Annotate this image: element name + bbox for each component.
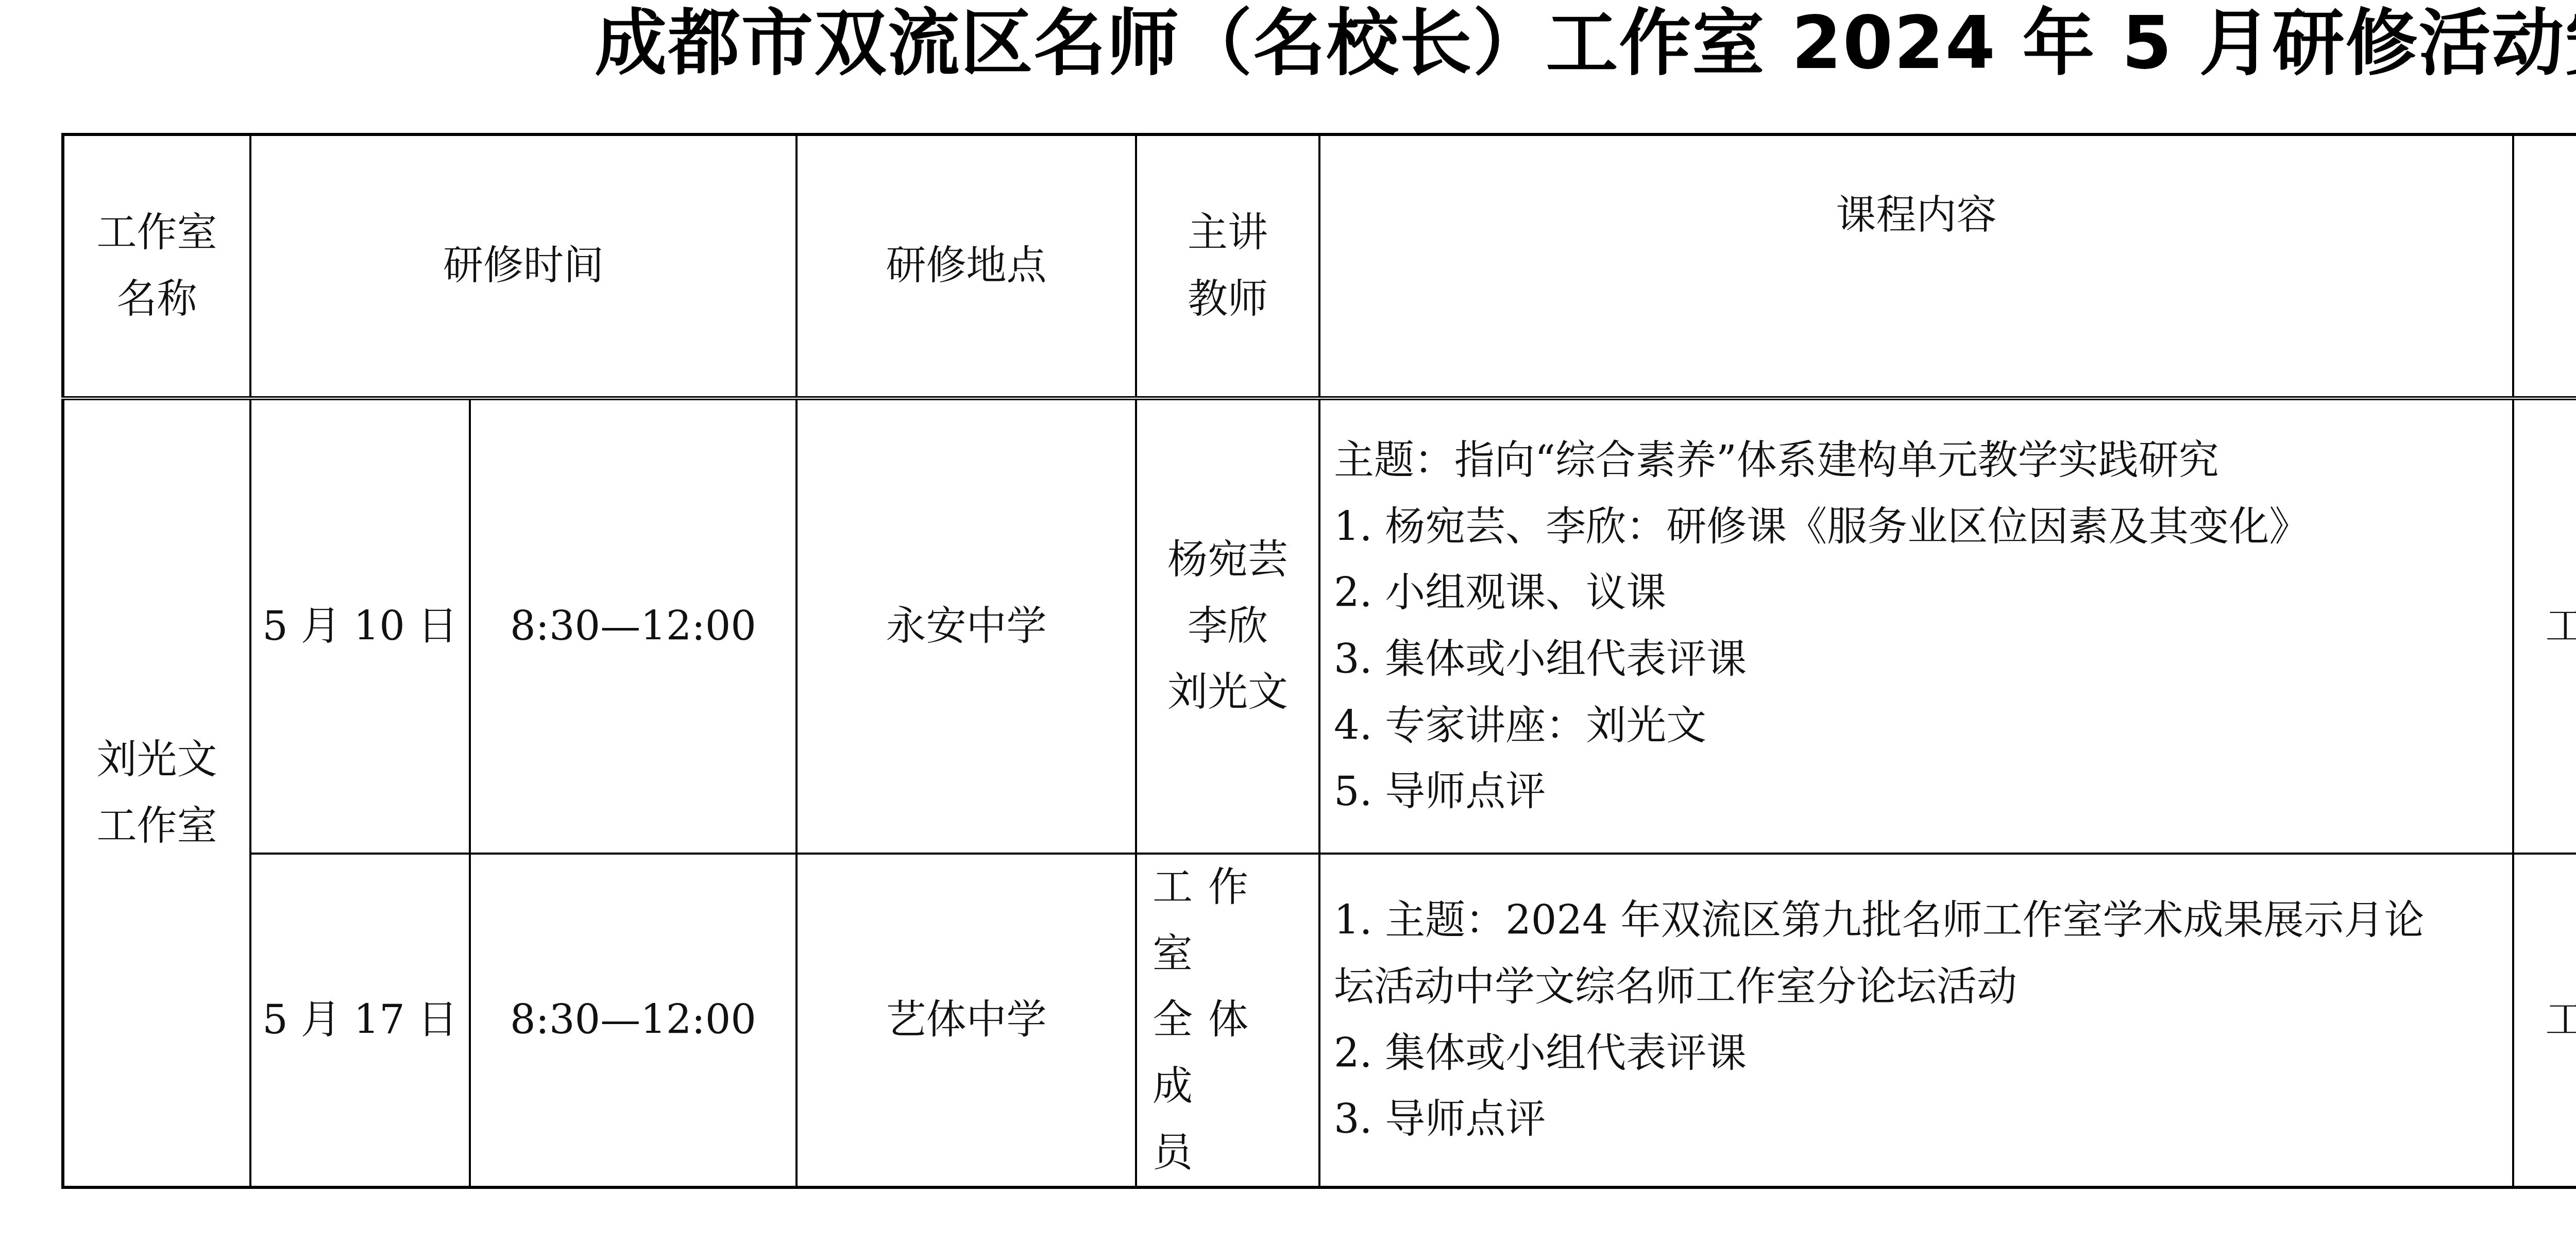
lecturer-name: 李欣 [1146,593,1309,660]
course-item: 2. 集体或小组代表评课 [1334,1020,2499,1087]
course-item: 4. 专家讲座：刘光文 [1334,693,2499,759]
studio-name-line2: 工作室 [74,793,240,860]
document-title: 成都市双流区名师（名校长）工作室 2024 年 5 月研修活动安排 [0,0,2576,103]
header-lecturer: 主讲 教师 [1136,134,1319,398]
time-cell: 8:30—12:00 [470,854,796,1187]
header-content: 课程内容 [1319,134,2513,398]
lecturer-name: 刘光文 [1146,659,1309,726]
lecturer-name: 杨宛芸 [1146,527,1309,593]
header-participants: 研修人员 [2513,134,2576,398]
header-studio-name: 工作室 名称 [63,134,250,398]
course-theme: 主题：指向“综合素养”体系建构单元教学实践研究 [1334,428,2499,494]
lecturer-name: 员 [1153,1120,1309,1186]
course-item: 1. 杨宛芸、李欣：研修课《服务业区位因素及其变化》 [1334,494,2499,560]
course-theme: 1. 主题：2024 年双流区第九批名师工作室学术成果展示月论 [1334,888,2499,954]
header-lecturer-line1: 主讲 [1146,200,1309,266]
header-location: 研修地点 [796,134,1136,398]
header-lecturer-line2: 教师 [1146,266,1309,333]
header-time: 研修时间 [250,134,796,398]
course-item: 2. 小组观课、议课 [1334,560,2499,626]
lecturer-name: 全体成 [1153,987,1309,1119]
activity-schedule-table: 工作室 名称 研修时间 研修地点 主讲 教师 课程内容 研修人员 活动其他分工 … [61,133,2576,1189]
header-studio-name-line2: 名称 [74,266,240,333]
studio-name-cell: 刘光文 工作室 [63,398,250,1187]
lecturer-cell: 杨宛芸 李欣 刘光文 [1136,398,1319,854]
course-item: 5. 导师点评 [1334,759,2499,825]
course-theme-continued: 坛活动中学文综名师工作室分论坛活动 [1334,954,2499,1020]
time-cell: 8:30—12:00 [470,398,796,854]
course-content-cell: 1. 主题：2024 年双流区第九批名师工作室学术成果展示月论 坛活动中学文综名… [1319,854,2513,1187]
lecturer-cell: 工作室 全体成 员 [1136,854,1319,1187]
table-row: 刘光文 工作室 5 月 10 日 8:30—12:00 永安中学 杨宛芸 李欣 … [63,398,2576,854]
lecturer-name: 工作室 [1153,855,1309,987]
table-header-row: 工作室 名称 研修时间 研修地点 主讲 教师 课程内容 研修人员 活动其他分工 [63,134,2576,398]
course-item: 3. 集体或小组代表评课 [1334,626,2499,693]
header-studio-name-line1: 工作室 [74,200,240,266]
studio-name-line1: 刘光文 [74,727,240,793]
location-cell: 艺体中学 [796,854,1136,1187]
table-row: 5 月 17 日 8:30—12:00 艺体中学 工作室 全体成 员 1. 主题… [63,854,2576,1187]
course-content-cell: 主题：指向“综合素养”体系建构单元教学实践研究 1. 杨宛芸、李欣：研修课《服务… [1319,398,2513,854]
course-item: 3. 导师点评 [1334,1086,2499,1153]
date-cell: 5 月 10 日 [250,398,470,854]
location-cell: 永安中学 [796,398,1136,854]
date-cell: 5 月 17 日 [250,854,470,1187]
participants-cell: 工作室全体成员 [2513,854,2576,1187]
participants-cell: 工作室全体成员 [2513,398,2576,854]
